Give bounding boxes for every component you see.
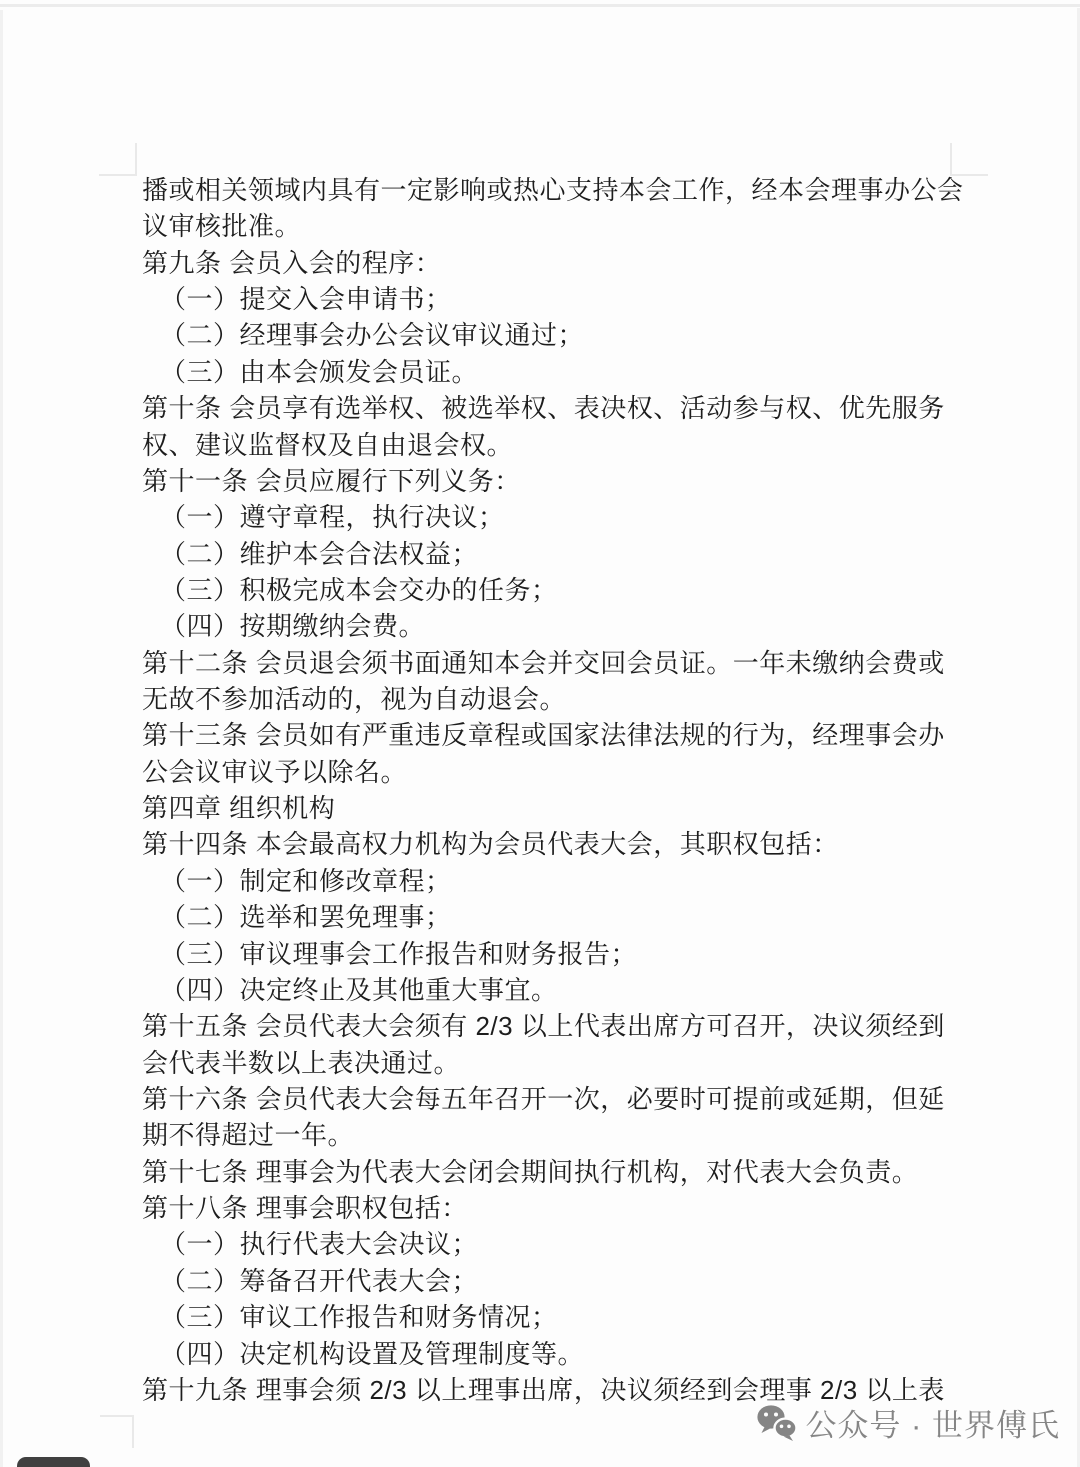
document-line: 第十四条 本会最高权力机构为会员代表大会，其职权包括：: [142, 826, 952, 862]
watermark-label: 公众号 · 世界傅氏: [805, 1400, 1060, 1445]
sheet-corner-top-left: [99, 143, 137, 176]
document-line: 第十六条 会员代表大会每五年召开一次，必要时可提前或延期，但延: [142, 1081, 952, 1117]
document-line: （四）按期缴纳会费。: [142, 608, 952, 644]
document-line: 第十一条 会员应履行下列义务：: [142, 463, 952, 499]
sheet-corner-top-right: [950, 143, 988, 176]
document-line: （一）提交入会申请书；: [142, 281, 952, 317]
document-line: 第十八条 理事会职权包括：: [142, 1190, 952, 1226]
document-line: 议审核批准。: [142, 208, 952, 244]
document-line: 第九条 会员入会的程序：: [142, 245, 952, 281]
document-line: 公会议审议予以除名。: [142, 754, 952, 790]
sheet-corner-bottom-left: [100, 1415, 134, 1448]
document-line: （二）选举和罢免理事；: [142, 899, 952, 935]
document-line: 第十二条 会员退会须书面通知本会并交回会员证。一年未缴纳会费或: [142, 645, 952, 681]
document-line: 第四章 组织机构: [142, 790, 952, 826]
document-line: （一）遵守章程，执行决议；: [142, 499, 952, 535]
document-line: （三）积极完成本会交办的任务；: [142, 572, 952, 608]
document-line: 会代表半数以上表决通过。: [142, 1045, 952, 1081]
watermark: 公众号 · 世界傅氏: [756, 1400, 1060, 1445]
document-line: 第十条 会员享有选举权、被选举权、表决权、活动参与权、优先服务: [142, 390, 952, 426]
document-line: （三）审议理事会工作报告和财务报告；: [142, 936, 952, 972]
document-page: { "colors": { "text": "#1d1d1d", "page_b…: [0, 0, 1080, 1467]
document-line: 第十三条 会员如有严重违反章程或国家法律法规的行为，经理事会办: [142, 717, 952, 753]
bottom-left-tab[interactable]: [17, 1457, 90, 1467]
page-left-edge: [0, 10, 3, 1467]
document-line: 第十五条 会员代表大会须有 2/3 以上代表出席方可召开，决议须经到: [142, 1008, 952, 1044]
document-line: （三）由本会颁发会员证。: [142, 354, 952, 390]
document-line: （一）执行代表大会决议；: [142, 1226, 952, 1262]
document-line: （四）决定终止及其他重大事宜。: [142, 972, 952, 1008]
document-line: 权、建议监督权及自由退会权。: [142, 427, 952, 463]
document-line: 播或相关领域内具有一定影响或热心支持本会工作，经本会理事办公会: [142, 172, 952, 208]
document-line: （一）制定和修改章程；: [142, 863, 952, 899]
document-line: 第十七条 理事会为代表大会闭会期间执行机构，对代表大会负责。: [142, 1154, 952, 1190]
document-line: （二）经理事会办公会议审议通过；: [142, 317, 952, 353]
document-line: 期不得超过一年。: [142, 1117, 952, 1153]
document-line: 无故不参加活动的，视为自动退会。: [142, 681, 952, 717]
document-line: （二）筹备召开代表大会；: [142, 1263, 952, 1299]
document-line: （三）审议工作报告和财务情况；: [142, 1299, 952, 1335]
page-top-edge: [0, 4, 1080, 7]
document-line: （二）维护本会合法权益；: [142, 536, 952, 572]
document-body: 播或相关领域内具有一定影响或热心支持本会工作，经本会理事办公会议审核批准。第九条…: [142, 172, 952, 1408]
wechat-icon: [756, 1404, 798, 1442]
document-line: （四）决定机构设置及管理制度等。: [142, 1336, 952, 1372]
